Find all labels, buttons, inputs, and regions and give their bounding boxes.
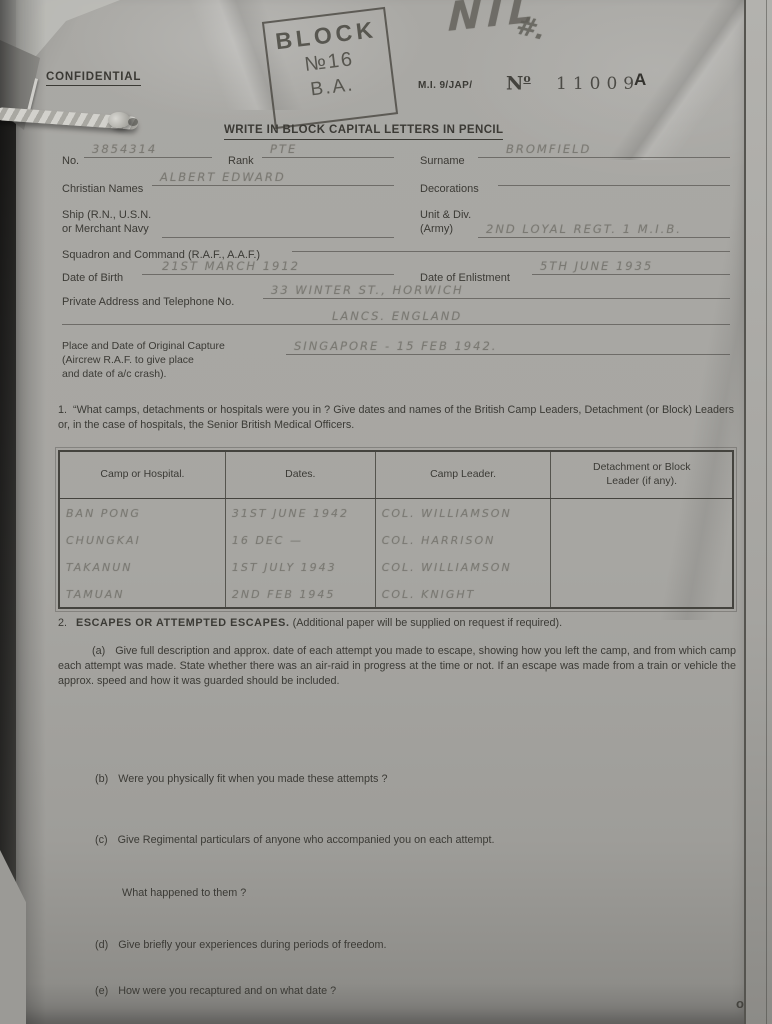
question-2c-followup-text: What happened to them ? (122, 887, 246, 899)
col-camp-or-hospital: Camp or Hospital. (59, 451, 225, 499)
question-2e-label: (e) (95, 985, 108, 997)
capture-label-line2: (Aircrew R.A.F. to give place (62, 354, 194, 366)
surname-field-line: BROMFIELD (478, 141, 730, 158)
dob-value: 21ST MARCH 1912 (162, 259, 300, 273)
unit-div-value: 2ND LOYAL REGT. 1 M.I.B. (486, 222, 682, 236)
unit-div-label-line1: Unit & Div. (420, 209, 471, 221)
question-1-text: “What camps, detachments or hospitals we… (58, 404, 734, 431)
enlistment-line: 5TH JUNE 1935 (532, 258, 730, 275)
question-2c-label: (c) (95, 834, 108, 846)
rank-field-label: Rank (228, 155, 254, 167)
christian-names-label: Christian Names (62, 183, 143, 195)
camp-entry: CHUNGKAI (66, 534, 141, 547)
no-field-label: No. (62, 155, 79, 167)
question-2d-label: (d) (95, 939, 108, 951)
question-2a-text: Give full description and approx. date o… (58, 645, 736, 687)
surname-field-label: Surname (420, 155, 465, 167)
capture-value: SINGAPORE - 15 FEB 1942. (294, 339, 497, 353)
serial-no-label: No (506, 72, 531, 94)
camps-table: Camp or Hospital. Dates. Camp Leader. De… (58, 450, 734, 609)
table-row: TAMUAN 2ND FEB 1945 COL. KNIGHT (59, 580, 733, 608)
serial-no-n: N (506, 72, 523, 94)
camps-header-row: Camp or Hospital. Dates. Camp Leader. De… (59, 451, 733, 499)
surname-field-value: BROMFIELD (506, 142, 591, 156)
dob-line: 21ST MARCH 1912 (142, 258, 394, 275)
leader-entry: COL. KNIGHT (382, 588, 476, 601)
question-2b-text: Were you physically fit when you made th… (118, 773, 387, 785)
leader-entry: COL. WILLIAMSON (382, 561, 512, 574)
unit-div-label-line2: (Army) (420, 223, 453, 235)
capture-label-line3: and date of a/c crash). (62, 368, 166, 380)
question-1-number: 1. (58, 404, 67, 416)
dates-entry: 16 DEC — (232, 534, 303, 547)
col-detachment-leader: Detachment or Block Leader (if any). (551, 451, 733, 499)
question-2b-label: (b) (95, 773, 108, 785)
section-2-heading: 2. ESCAPES OR ATTEMPTED ESCAPES. (Additi… (58, 616, 734, 631)
dates-entry: 2ND FEB 1945 (232, 588, 336, 601)
rank-field-line: PTE (262, 141, 394, 158)
question-2d-text: Give briefly your experiences during per… (118, 939, 386, 951)
camp-entry: TAMUAN (66, 588, 125, 601)
question-2e: (e)How were you recaptured and on what d… (95, 984, 715, 999)
question-2c-text: Give Regimental particulars of anyone wh… (118, 834, 495, 846)
leader-entry: COL. WILLIAMSON (382, 507, 512, 520)
ship-label-line2: or Merchant Navy (62, 223, 149, 235)
section-2-title: ESCAPES OR ATTEMPTED ESCAPES. (76, 617, 290, 629)
ship-label-line1: Ship (R.N., U.S.N. (62, 209, 151, 221)
address-line2: LANCS. ENGLAND (62, 308, 730, 325)
decorations-line (498, 169, 730, 186)
block-stamp: BLOCK №16 B.A. (262, 7, 398, 129)
serial-number: 11009 (556, 74, 640, 94)
squadron-line (292, 235, 730, 252)
address-value1: 33 WINTER ST., HORWICH (271, 283, 464, 297)
question-2c: (c)Give Regimental particulars of anyone… (95, 833, 715, 848)
no-field-value: 3854314 (92, 142, 157, 156)
capture-line: SINGAPORE - 15 FEB 1942. (286, 338, 730, 355)
address-value2: LANCS. ENGLAND (332, 309, 462, 323)
punch-hole (128, 118, 138, 126)
christian-names-value: ALBERT EDWARD (160, 170, 286, 184)
page-stack-strip (746, 0, 772, 1024)
no-field-line: 3854314 (84, 141, 212, 158)
dates-entry: 1ST JULY 1943 (232, 561, 337, 574)
table-row: TAKANUN 1ST JULY 1943 COL. WILLIAMSON (59, 553, 733, 580)
christian-names-line: ALBERT EDWARD (152, 169, 394, 186)
serial-no-o: o (523, 72, 530, 85)
confidential-label: CONFIDENTIAL (46, 71, 141, 86)
instruction-banner: WRITE IN BLOCK CAPITAL LETTERS IN PENCIL (224, 124, 503, 140)
camp-entry: TAKANUN (66, 561, 132, 574)
binding-string-knot (108, 112, 130, 128)
question-2a: (a)Give full description and approx. dat… (58, 644, 736, 689)
enlistment-value: 5TH JUNE 1935 (540, 259, 653, 273)
section-2-note: (Additional paper will be supplied on re… (293, 617, 562, 629)
address-line1: 33 WINTER ST., HORWICH (263, 282, 730, 299)
col-dates: Dates. (225, 451, 375, 499)
decorations-label: Decorations (420, 183, 479, 195)
question-2b: (b)Were you physically fit when you made… (95, 772, 715, 787)
rank-field-value: PTE (270, 142, 297, 156)
capture-label-line1: Place and Date of Original Capture (62, 340, 225, 352)
table-row: CHUNGKAI 16 DEC — COL. HARRISON (59, 526, 733, 553)
dates-entry: 31ST JUNE 1942 (232, 507, 349, 520)
question-2c-followup: What happened to them ? (122, 886, 712, 901)
leader-entry: COL. HARRISON (382, 534, 496, 547)
camp-entry: BAN PONG (66, 507, 141, 520)
address-label: Private Address and Telephone No. (62, 296, 234, 308)
question-2d: (d)Give briefly your experiences during … (95, 938, 715, 953)
section-2-number: 2. (58, 617, 67, 629)
question-1: 1.“What camps, detachments or hospitals … (58, 403, 734, 433)
col-camp-leader: Camp Leader. (375, 451, 551, 499)
dob-label: Date of Birth (62, 272, 123, 284)
table-row: BAN PONG 31ST JUNE 1942 COL. WILLIAMSON (59, 499, 733, 527)
series-letter: A (634, 70, 646, 90)
page-edge-line-2 (766, 0, 767, 1024)
question-2e-text: How were you recaptured and on what date… (118, 985, 336, 997)
form-code: M.I. 9/JAP/ (418, 80, 472, 91)
question-2a-label: (a) (92, 645, 105, 657)
